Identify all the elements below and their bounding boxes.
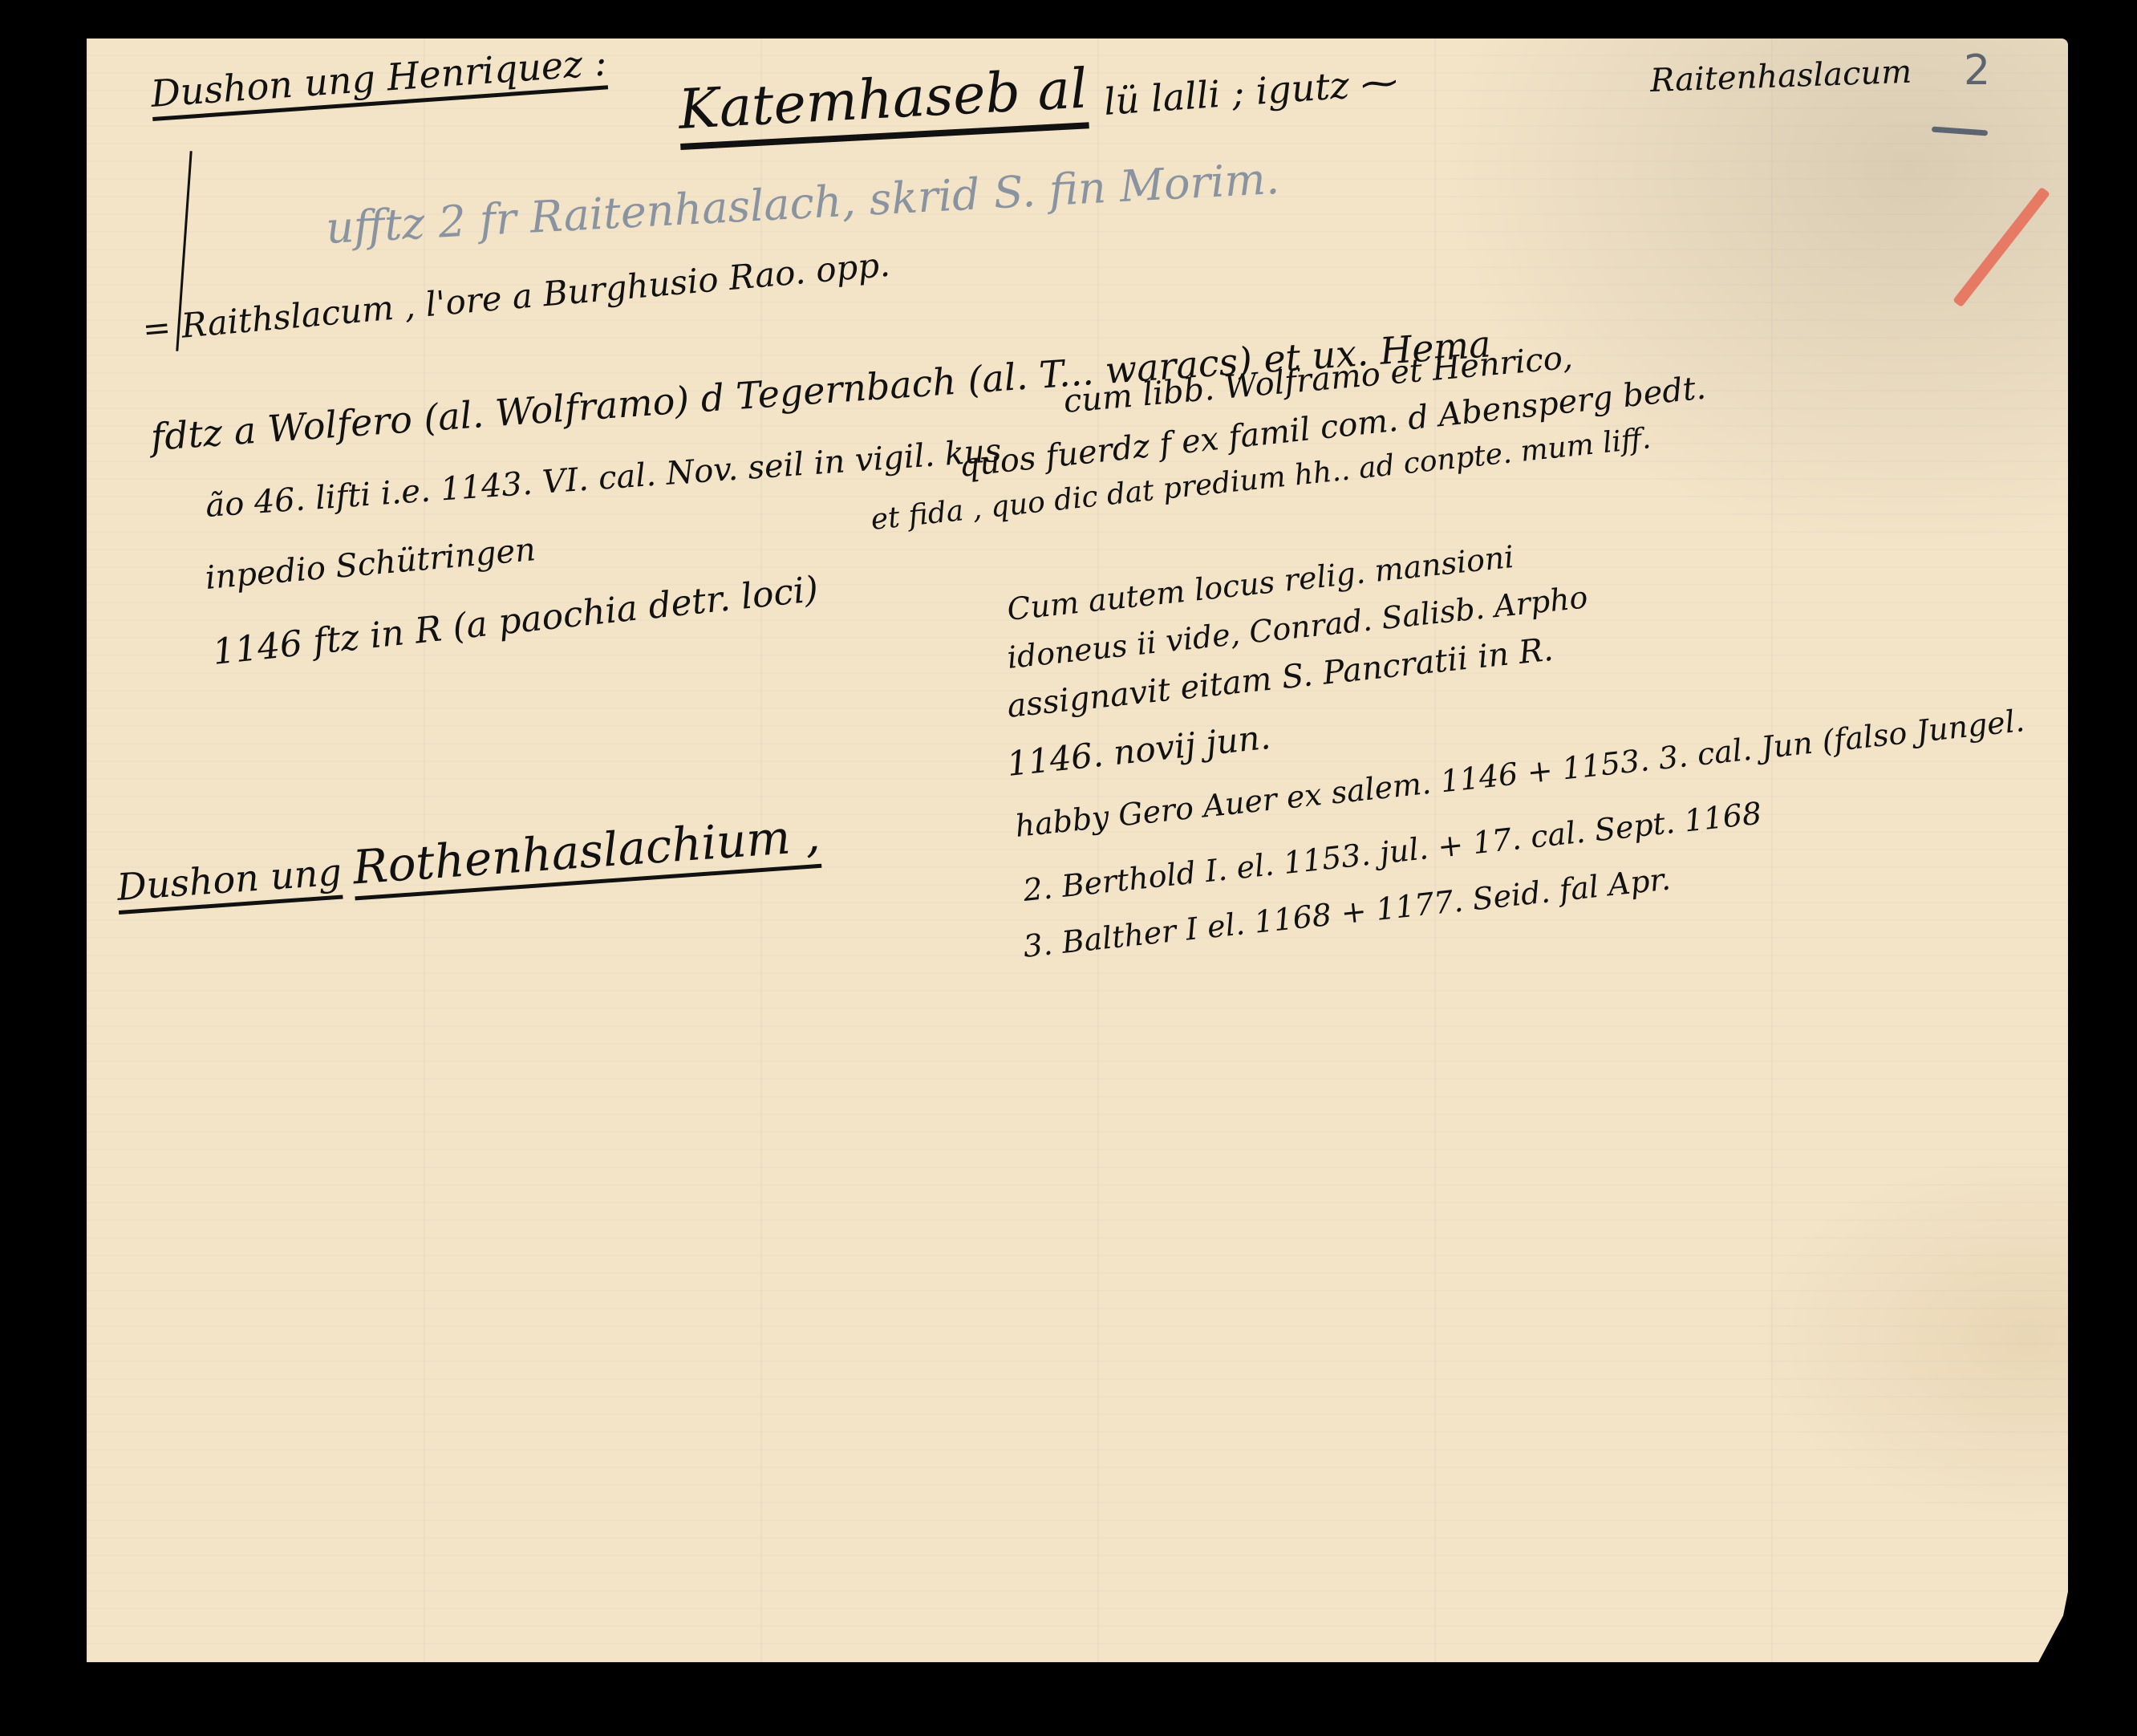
header-left: Dushon ung Henriquez : (149, 40, 608, 116)
footer-heading-name: Rothenhaslachium , (351, 808, 822, 901)
torn-corner (2038, 1584, 2070, 1664)
line-right-7: 1146. novij jun. (1005, 717, 1272, 784)
line-left-4: inpedio Schütringen (204, 531, 537, 597)
header-title-suffix: lü lalli ; igutz ⁓ (1102, 60, 1399, 124)
header-left-text: Dushon ung Henriquez : (149, 40, 608, 121)
footer-heading: Dushon ung Rothenhaslachium , (115, 808, 821, 911)
page-number: 2 (1964, 47, 1990, 95)
footer-heading-prefix: Dushon ung (116, 850, 343, 915)
page-title: Katemhaseb al (677, 57, 1089, 142)
pencil-note: ufftz 2 fr Raitenhaslach, skrid S. fin M… (325, 153, 1281, 254)
page-number-underline (1932, 127, 1988, 136)
red-crayon-mark (1952, 187, 2050, 307)
line-left-1: = Raithslacum , l'ore a Burghusio Rao. o… (141, 245, 892, 349)
manuscript-page: Dushon ung Henriquez : Katemhaseb al lü … (87, 39, 2068, 1662)
page-title-text: Katemhaseb al (677, 57, 1089, 150)
header-right: Raitenhaslacum (1649, 54, 1912, 99)
